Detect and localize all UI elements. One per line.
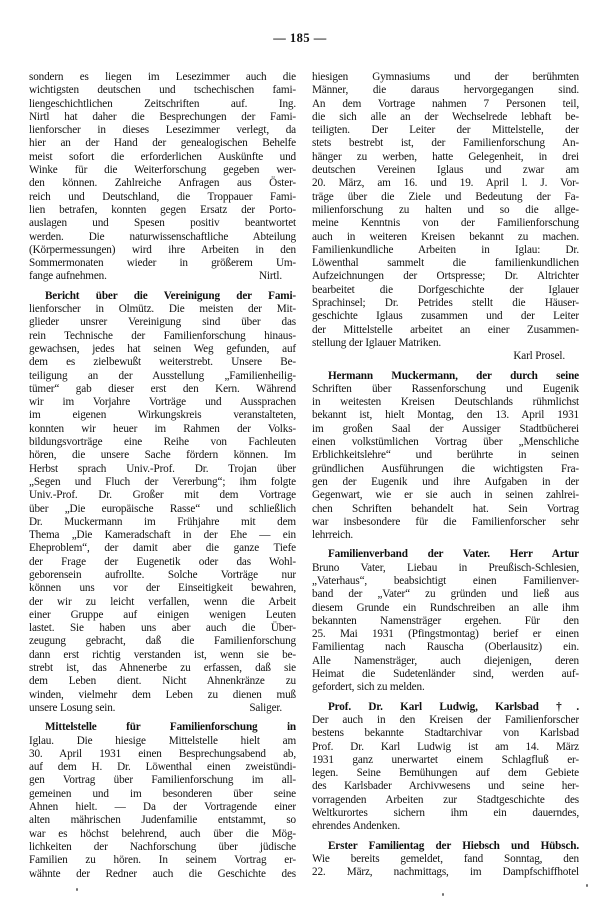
text-line: unsere Losung sein. Saliger.	[29, 702, 296, 715]
author-signature: Saliger.	[249, 702, 282, 715]
article-heading: Bericht über die Vereinigung der Fami-	[29, 290, 296, 303]
text-line: war es höchst belehrend, auch über die M…	[29, 828, 296, 841]
text-line: über „Die europäische Rasse“ und schließ…	[29, 503, 296, 516]
text-line: dem es zielbewußt weiterstrebt. Unsere B…	[29, 356, 296, 369]
text-line: legen. Seine Bemühungen auf dem Gebiete	[312, 767, 579, 780]
text-line: Männer, die daraus hervorgegangen sind.	[312, 84, 579, 97]
article-olmuetz: Bericht über die Vereinigung der Fami- l…	[29, 290, 296, 716]
text-line: gemeinen und im besonderen über seine	[29, 788, 296, 801]
text-line: 22. März, nachmittags, im Dampfschiffhot…	[312, 866, 579, 879]
text-line: wähnte der Redner auch die Geschichte de…	[29, 868, 296, 881]
text-line: war insbesondere für die Familienforsche…	[312, 516, 579, 529]
text-line: Erblichkeitslehre“ und berührte in seine…	[312, 449, 579, 462]
text-line-content: fange aufnehmen.	[29, 270, 107, 282]
text-line-content: unsere Losung sein.	[29, 702, 115, 714]
text-line: Familien zu hören. In seinem Vortrag er-	[29, 854, 296, 867]
text-line: hören, die unsere Sache fördern können. …	[29, 449, 296, 462]
article-heading: Erster Familientag der Hiebsch und Hübsc…	[312, 840, 579, 853]
text-line: Familientag nach Rauscha (Oberlausitz) e…	[312, 641, 579, 654]
text-line: 20. März, am 16. und 19. April l. J. Vor…	[312, 177, 579, 190]
text-line: der Mittelstelle arbeitet an einer Zusam…	[312, 324, 579, 337]
text-line: alten mährischen Judenfamilie entstammt,…	[29, 814, 296, 827]
text-line: bekannt ist, hielt Montag, den 13. April…	[312, 409, 579, 422]
text-line: wichtigsten deutschen und tschechischen …	[29, 84, 296, 97]
text-line: glieder unsrer Vereinigung sind über das	[29, 316, 296, 329]
text-line: Löwenthal sammelt die familienkundlichen	[312, 257, 579, 270]
text-line: sondern es liegen im Lesezimmer auch die	[29, 71, 296, 84]
text-line: Bruno Vater, Liebau in Preußisch-Schlesi…	[312, 562, 579, 575]
text-line: „Segen und Fluch der Vererbung“; ihm fol…	[29, 476, 296, 489]
article-heading: Mittelstelle für Familienforschung in	[29, 721, 296, 734]
text-line: lien betrafen, konnten gegen Ersatz der …	[29, 204, 296, 217]
text-line: auf dem H. Dr. Löwenthal einen zweistünd…	[29, 761, 296, 774]
text-line: Dr. Muckermann im Frühjahre mit dem	[29, 516, 296, 529]
text-line: Prof. Dr. Karl Ludwig ist am 14. März	[312, 741, 579, 754]
text-line: Eheproblem“, der damit aber die ganze Ti…	[29, 542, 296, 555]
text-line: hänger zu werben, hatte Gelegenheit, in …	[312, 151, 579, 164]
text-line: tümer“ gab dieser erst den Kern. Während	[29, 383, 296, 396]
text-line: teiligten. Der Leiter der Mittelstelle, …	[312, 124, 579, 137]
text-line: Winke für die Weiterforschung gegeben we…	[29, 164, 296, 177]
article-iglau: Mittelstelle für Familienforschung in Ig…	[29, 721, 296, 881]
text-line: bildungsvorträge eine Reihe von Fachleut…	[29, 436, 296, 449]
text-line: Thema „Die Kameradschaft in der Ehe — ei…	[29, 529, 296, 542]
text-line: deutschen Vereinen Iglaus und zwar am	[312, 164, 579, 177]
text-line: gen Vortrag über Familienforschung im al…	[29, 774, 296, 787]
text-line: dann erst richtig verstanden ist, wenn s…	[29, 649, 296, 662]
text-line: hiesigen Gymnasiums und der berühmten	[312, 71, 579, 84]
text-line: Schriften über Rassenforschung und Eugen…	[312, 383, 579, 396]
text-line: Der auch in den Kreisen der Familienfors…	[312, 714, 579, 727]
text-line: Wie bereits gemeldet, fand Sonntag, den	[312, 853, 579, 866]
text-line: ehrendes Andenken.	[312, 820, 579, 833]
text-line: lichkeiten der Nachforschung über jüdisc…	[29, 841, 296, 854]
text-line: werden. Die naturwissenschaftliche Abtei…	[29, 231, 296, 244]
text-line: (Körpermessungen) wird ihre Arbeiten in …	[29, 244, 296, 257]
text-line: reich und Deutschland, die Troppauer Fam…	[29, 191, 296, 204]
text-line: winden, vielmehr dem Leben zu dienen muß	[29, 689, 296, 702]
author-signature: Karl Prosel.	[312, 350, 579, 363]
scan-speck	[442, 893, 444, 896]
text-line: Sommermonaten wieder in größerem Um-	[29, 257, 296, 270]
text-line: fange aufnehmen. Nirtl.	[29, 270, 296, 283]
text-line: konnten wir heuer im Rahmen der Volks-	[29, 423, 296, 436]
text-line: meine Kenntnis von der Familienforschung	[312, 217, 579, 230]
text-line: geborensein aufrollte. Solche Vorträge n…	[29, 569, 296, 582]
text-line: hier an der Hand der genealogischen Behe…	[29, 137, 296, 150]
right-column: hiesigen Gymnasiums und der berühmten Mä…	[312, 71, 579, 880]
text-line: stets bestrebt ist, der Familienforschun…	[312, 137, 579, 150]
text-line: Familienkundliche Arbeiten in Iglau: Dr.	[312, 244, 579, 257]
article-familienverband-vater: Familienverband der Vater. Herr Artur Br…	[312, 548, 579, 694]
text-line: des Karlsbader Archivwesens und seine he…	[312, 780, 579, 793]
text-line: An dem Vortrage nahmen 7 Personen teil,	[312, 98, 579, 111]
text-line: einen volkstümlichen Vortrag über „Mensc…	[312, 436, 579, 449]
text-line: Alle Namensträger, auch diejenigen, dere…	[312, 655, 579, 668]
text-line: der wir zu leicht verfallen, wenn die Ar…	[29, 596, 296, 609]
article-heading: Prof. Dr. Karl Ludwig, Karlsbad †.	[312, 701, 579, 714]
text-line: meist sofort die erforderlichen Auskünft…	[29, 151, 296, 164]
text-line: Herbst sprach Univ.-Prof. Dr. Trojan übe…	[29, 463, 296, 476]
text-line: bearbeitet die Dorfgeschichte der Iglaue…	[312, 284, 579, 297]
text-line: milienforschung zu halten und so die all…	[312, 204, 579, 217]
author-signature: Nirtl.	[259, 270, 282, 283]
text-line: strebt ist, das Ahnenerbe zu erfassen, d…	[29, 662, 296, 675]
text-line: dem Leben dient. Nicht Ahnenkränze zu	[29, 675, 296, 688]
text-line: den können. Zahlreiche Anfragen aus Öste…	[29, 177, 296, 190]
text-line: der Frage der Eugenetik oder das Wohl-	[29, 556, 296, 569]
scan-speck	[586, 884, 588, 887]
text-line: gründlichen Ausführungen die wichtigsten…	[312, 463, 579, 476]
text-line: 1931 ganz unerwartet einem Schlagfluß er…	[312, 754, 579, 767]
text-line: Gegenwart, wie er sie auch in seinen zah…	[312, 489, 579, 502]
text-line: können uns vor der Einseitigkeit bewahre…	[29, 582, 296, 595]
text-line: gen der Eugenik und ihre Aufgaben in der	[312, 476, 579, 489]
text-line: geschichte Iglaus zusammen und der Leite…	[312, 310, 579, 323]
left-column: sondern es liegen im Lesezimmer auch die…	[29, 71, 296, 881]
text-line: teiligung an der Ausstellung „Familienhe…	[29, 370, 296, 383]
text-line: liengeschichtlichen Zeitschriften auf. I…	[29, 98, 296, 111]
page-number: — 185 —	[0, 31, 600, 46]
text-line: Ahnen hielt. — Da der Vortragende einer	[29, 801, 296, 814]
text-line: Aufzeichnungen der Ortspresse; Dr. Altri…	[312, 270, 579, 283]
text-line: Sprachinsel; Dr. Petrides stellt die Häu…	[312, 297, 579, 310]
heading-text: Hermann Muckermann, der durch seine	[328, 370, 579, 382]
article-obituary-ludwig: Prof. Dr. Karl Ludwig, Karlsbad †. Der a…	[312, 701, 579, 834]
article-heading: Hermann Muckermann, der durch seine	[312, 370, 579, 383]
text-line: bestens bekannte Stadtarchivar von Karls…	[312, 727, 579, 740]
text-line: diesem Grunde ein Rundschreiben an alle …	[312, 602, 579, 615]
article-familientag-hiebsch: Erster Familientag der Hiebsch und Hübsc…	[312, 840, 579, 880]
text-line: lienforscher in Olmütz. Die meisten der …	[29, 303, 296, 316]
text-line: bekannten Namensträger ergehen. Für den	[312, 615, 579, 628]
text-line: Weltkurortes sichern ihm ein dauerndes,	[312, 807, 579, 820]
heading-text: Mittelstelle für Familienforschung in	[45, 721, 296, 733]
heading-text: Familienverband der Vater. Herr Artur	[328, 548, 579, 560]
text-line: Nirtl hat daher die Besprechungen der Fa…	[29, 111, 296, 124]
text-line: im großen Saal der Aussiger Stadtbüchere…	[312, 423, 579, 436]
text-line: rein Technische der Familienforschung hi…	[29, 330, 296, 343]
text-line: einer Gruppe auf einigen wenigen Leuten	[29, 609, 296, 622]
text-line: träge über die Ziele und Bedeutung der F…	[312, 191, 579, 204]
text-line: auslagen und Spesen positiv beantwortet	[29, 217, 296, 230]
text-line: gewachsen, jedes hat seinen Weg gefunden…	[29, 343, 296, 356]
text-line: lastet. Sie haben uns aber auch die Über…	[29, 622, 296, 635]
text-line: vorragenden Arbeiten zur Stadtgeschichte…	[312, 794, 579, 807]
heading-text: Prof. Dr. Karl Ludwig, Karlsbad †.	[328, 701, 579, 713]
text-line: „Vaterhaus“, beabsichtigt einen Familien…	[312, 575, 579, 588]
paragraph-iglau-continuation: hiesigen Gymnasiums und der berühmten Mä…	[312, 71, 579, 364]
text-line: Iglau. Die hiesige Mittelstelle hielt am	[29, 735, 296, 748]
text-line: band der „Vater“ zu gründen und ließ aus	[312, 588, 579, 601]
article-heading: Familienverband der Vater. Herr Artur	[312, 548, 579, 561]
scan-speck	[76, 888, 78, 891]
heading-text: Bericht über die Vereinigung der Fami-	[45, 290, 296, 302]
text-line: chen Schriften behandelt hat. Sein Vortr…	[312, 503, 579, 516]
text-line: Heimat die Sudetenländer sind, werden au…	[312, 668, 579, 681]
text-line: auch in weiteren Kreisen bekannt zu mach…	[312, 231, 579, 244]
text-line: die sich alle an der Wechselrede lebhaft…	[312, 111, 579, 124]
text-line: wir im Vorjahre Vorträge und Aussprachen	[29, 396, 296, 409]
text-line: lehrreich.	[312, 529, 579, 542]
article-muckermann: Hermann Muckermann, der durch seine Schr…	[312, 370, 579, 543]
text-line: stellung der Iglauer Matriken.	[312, 337, 579, 350]
text-line: 25. Mai 1931 (Pfingstmontag) berief er e…	[312, 628, 579, 641]
paragraph-troppau-continuation: sondern es liegen im Lesezimmer auch die…	[29, 71, 296, 284]
text-line: in weitesten Kreisen Deutschlands rühmli…	[312, 396, 579, 409]
text-line: im eigenen Wirkungskreis veranstalteten,	[29, 409, 296, 422]
text-line: zeugung gebracht, daß die Familienforsch…	[29, 635, 296, 648]
text-line: lienforscher in dieses Lesezimmer verleg…	[29, 124, 296, 137]
heading-text: Erster Familientag der Hiebsch und Hübsc…	[328, 840, 579, 852]
text-line: gefordert, sich zu melden.	[312, 681, 579, 694]
text-line: Univ.-Prof. Dr. Großer mit dem Vortrage	[29, 489, 296, 502]
text-line: 30. April 1931 einen Besprechungsabend a…	[29, 748, 296, 761]
